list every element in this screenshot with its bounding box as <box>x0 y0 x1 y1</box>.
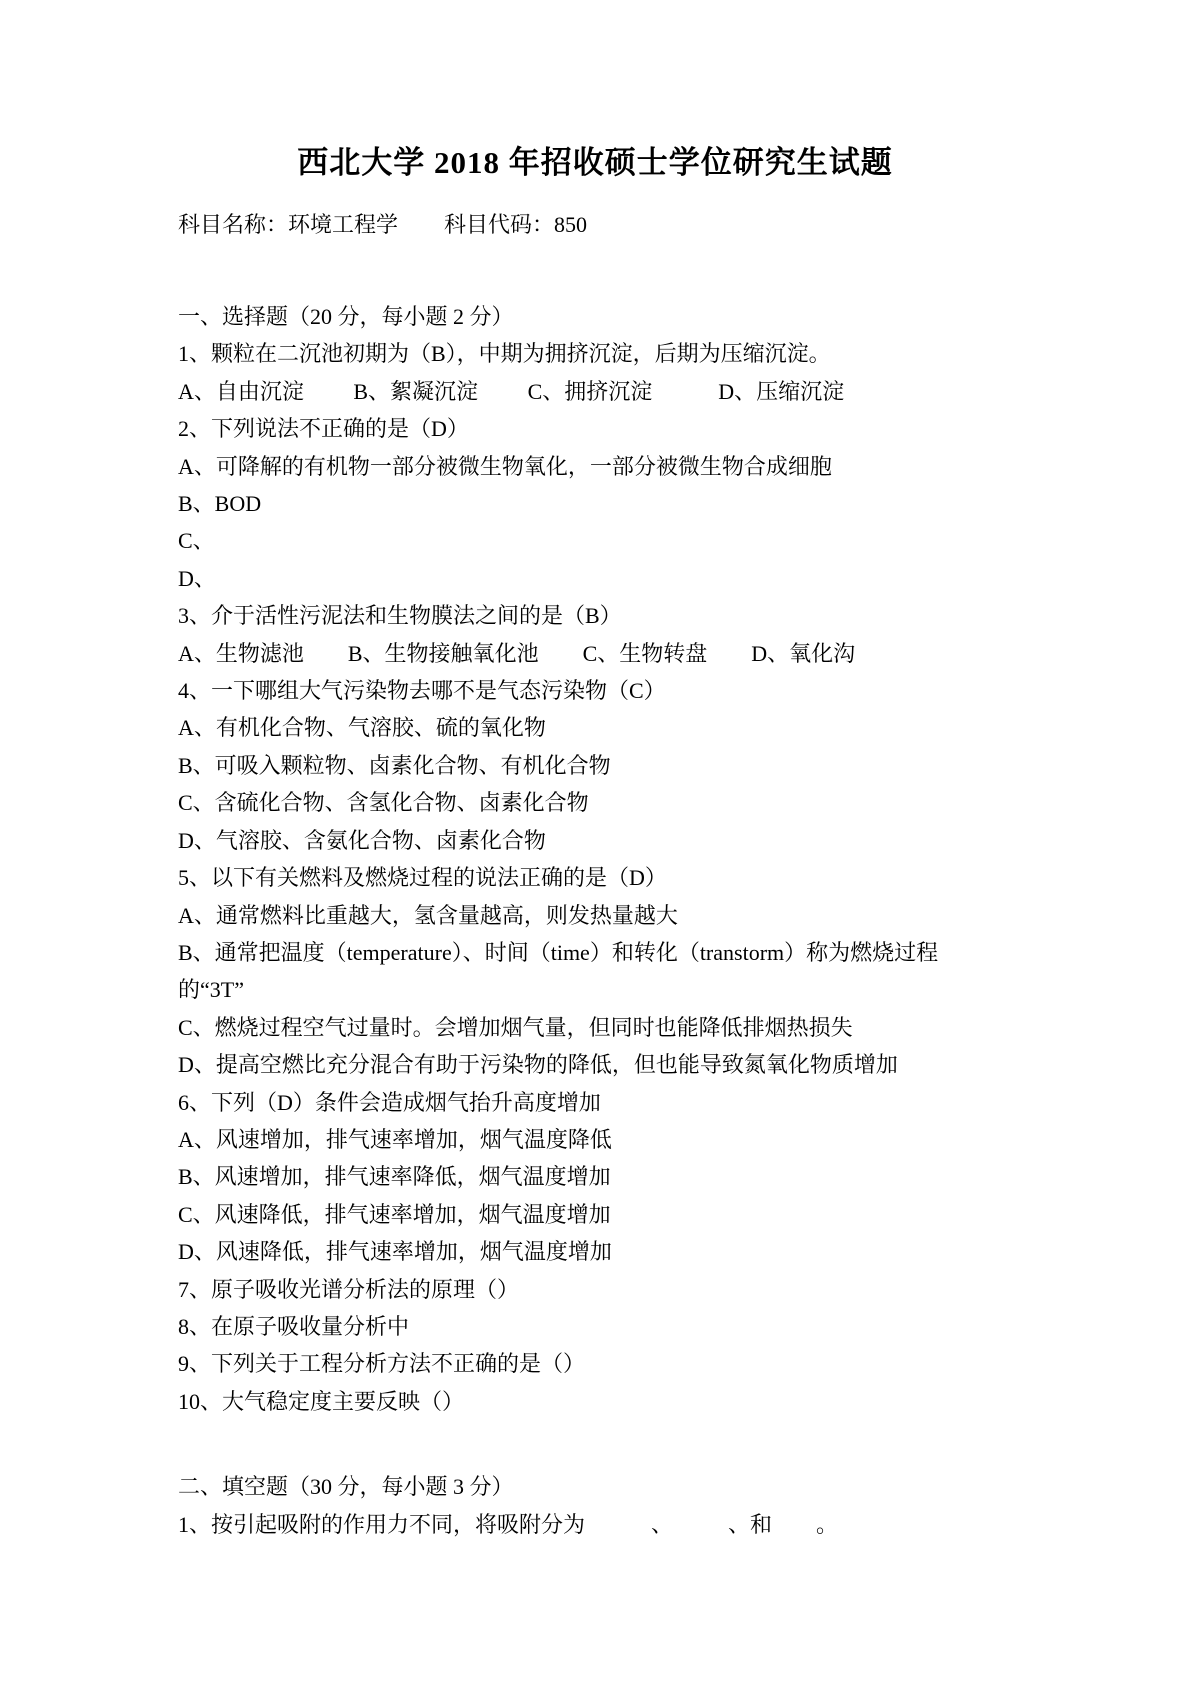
section-multiple-choice-heading: 一、选择题（20 分，每小题 2 分） <box>178 298 1020 335</box>
subject-code-label: 科目代码： <box>444 212 554 237</box>
section-multiple-choice-body: 1、颗粒在二沉池初期为（B），中期为拥挤沉淀，后期为压缩沉淀。A、自由沉淀 B、… <box>178 335 1020 1420</box>
text-line: C、燃烧过程空气过量时。会增加烟气量，但同时也能降低排烟热损失 <box>178 1009 1020 1046</box>
subject-name-label: 科目名称： <box>178 212 288 237</box>
text-line: 10、大气稳定度主要反映（） <box>178 1383 1020 1420</box>
text-line: A、自由沉淀 B、絮凝沉淀 C、拥挤沉淀 D、压缩沉淀 <box>178 373 1020 410</box>
text-line: D、 <box>178 560 1020 597</box>
text-line: 的“3T” <box>178 971 1020 1008</box>
page-title: 西北大学 2018 年招收硕士学位研究生试题 <box>0 0 1190 185</box>
text-line: B、通常把温度（temperature）、时间（time）和转化（transto… <box>178 934 1020 971</box>
text-line: B、BOD <box>178 485 1020 522</box>
text-line: C、风速降低，排气速率增加，烟气温度增加 <box>178 1196 1020 1233</box>
section-fill-in-blank-heading: 二、填空题（30 分，每小题 3 分） <box>178 1468 1020 1505</box>
text-line: A、风速增加，排气速率增加，烟气温度降低 <box>178 1121 1020 1158</box>
section-multiple-choice: 一、选择题（20 分，每小题 2 分） 1、颗粒在二沉池初期为（B），中期为拥挤… <box>178 298 1020 1420</box>
text-line: D、提高空燃比充分混合有助于污染物的降低，但也能导致氮氧化物质增加 <box>178 1046 1020 1083</box>
text-line: 2、下列说法不正确的是（D） <box>178 410 1020 447</box>
text-line: 9、下列关于工程分析方法不正确的是（） <box>178 1345 1020 1382</box>
section-fill-in-blank: 二、填空题（30 分，每小题 3 分） 1、按引起吸附的作用力不同，将吸附分为 … <box>178 1468 1020 1543</box>
text-line: B、可吸入颗粒物、卤素化合物、有机化合物 <box>178 747 1020 784</box>
text-line: A、生物滤池 B、生物接触氧化池 C、生物转盘 D、氧化沟 <box>178 635 1020 672</box>
text-line: 3、介于活性污泥法和生物膜法之间的是（B） <box>178 597 1020 634</box>
text-line: D、气溶胶、含氨化合物、卤素化合物 <box>178 822 1020 859</box>
text-line: A、通常燃料比重越大，氢含量越高，则发热量越大 <box>178 897 1020 934</box>
text-line: 6、下列（D）条件会造成烟气抬升高度增加 <box>178 1084 1020 1121</box>
text-line: 1、按引起吸附的作用力不同，将吸附分为 、 、和 。 <box>178 1506 1020 1543</box>
text-line: C、含硫化合物、含氢化合物、卤素化合物 <box>178 784 1020 821</box>
text-line: 5、以下有关燃料及燃烧过程的说法正确的是（D） <box>178 859 1020 896</box>
subject-code-value: 850 <box>554 212 587 237</box>
text-line: B、风速增加，排气速率降低，烟气温度增加 <box>178 1158 1020 1195</box>
subject-line: 科目名称：环境工程学科目代码：850 <box>178 206 1190 243</box>
subject-name-value: 环境工程学 <box>288 212 398 237</box>
text-line: 7、原子吸收光谱分析法的原理（） <box>178 1271 1020 1308</box>
text-line: C、 <box>178 522 1020 559</box>
text-line: 1、颗粒在二沉池初期为（B），中期为拥挤沉淀，后期为压缩沉淀。 <box>178 335 1020 372</box>
section-fill-in-blank-body: 1、按引起吸附的作用力不同，将吸附分为 、 、和 。 <box>178 1506 1020 1543</box>
exam-page: 西北大学 2018 年招收硕士学位研究生试题 科目名称：环境工程学科目代码：85… <box>0 0 1190 1683</box>
text-line: A、有机化合物、气溶胶、硫的氧化物 <box>178 709 1020 746</box>
text-line: D、风速降低，排气速率增加，烟气温度增加 <box>178 1233 1020 1270</box>
text-line: 4、一下哪组大气污染物去哪不是气态污染物（C） <box>178 672 1020 709</box>
text-line: A、可降解的有机物一部分被微生物氧化，一部分被微生物合成细胞 <box>178 448 1020 485</box>
text-line: 8、在原子吸收量分析中 <box>178 1308 1020 1345</box>
